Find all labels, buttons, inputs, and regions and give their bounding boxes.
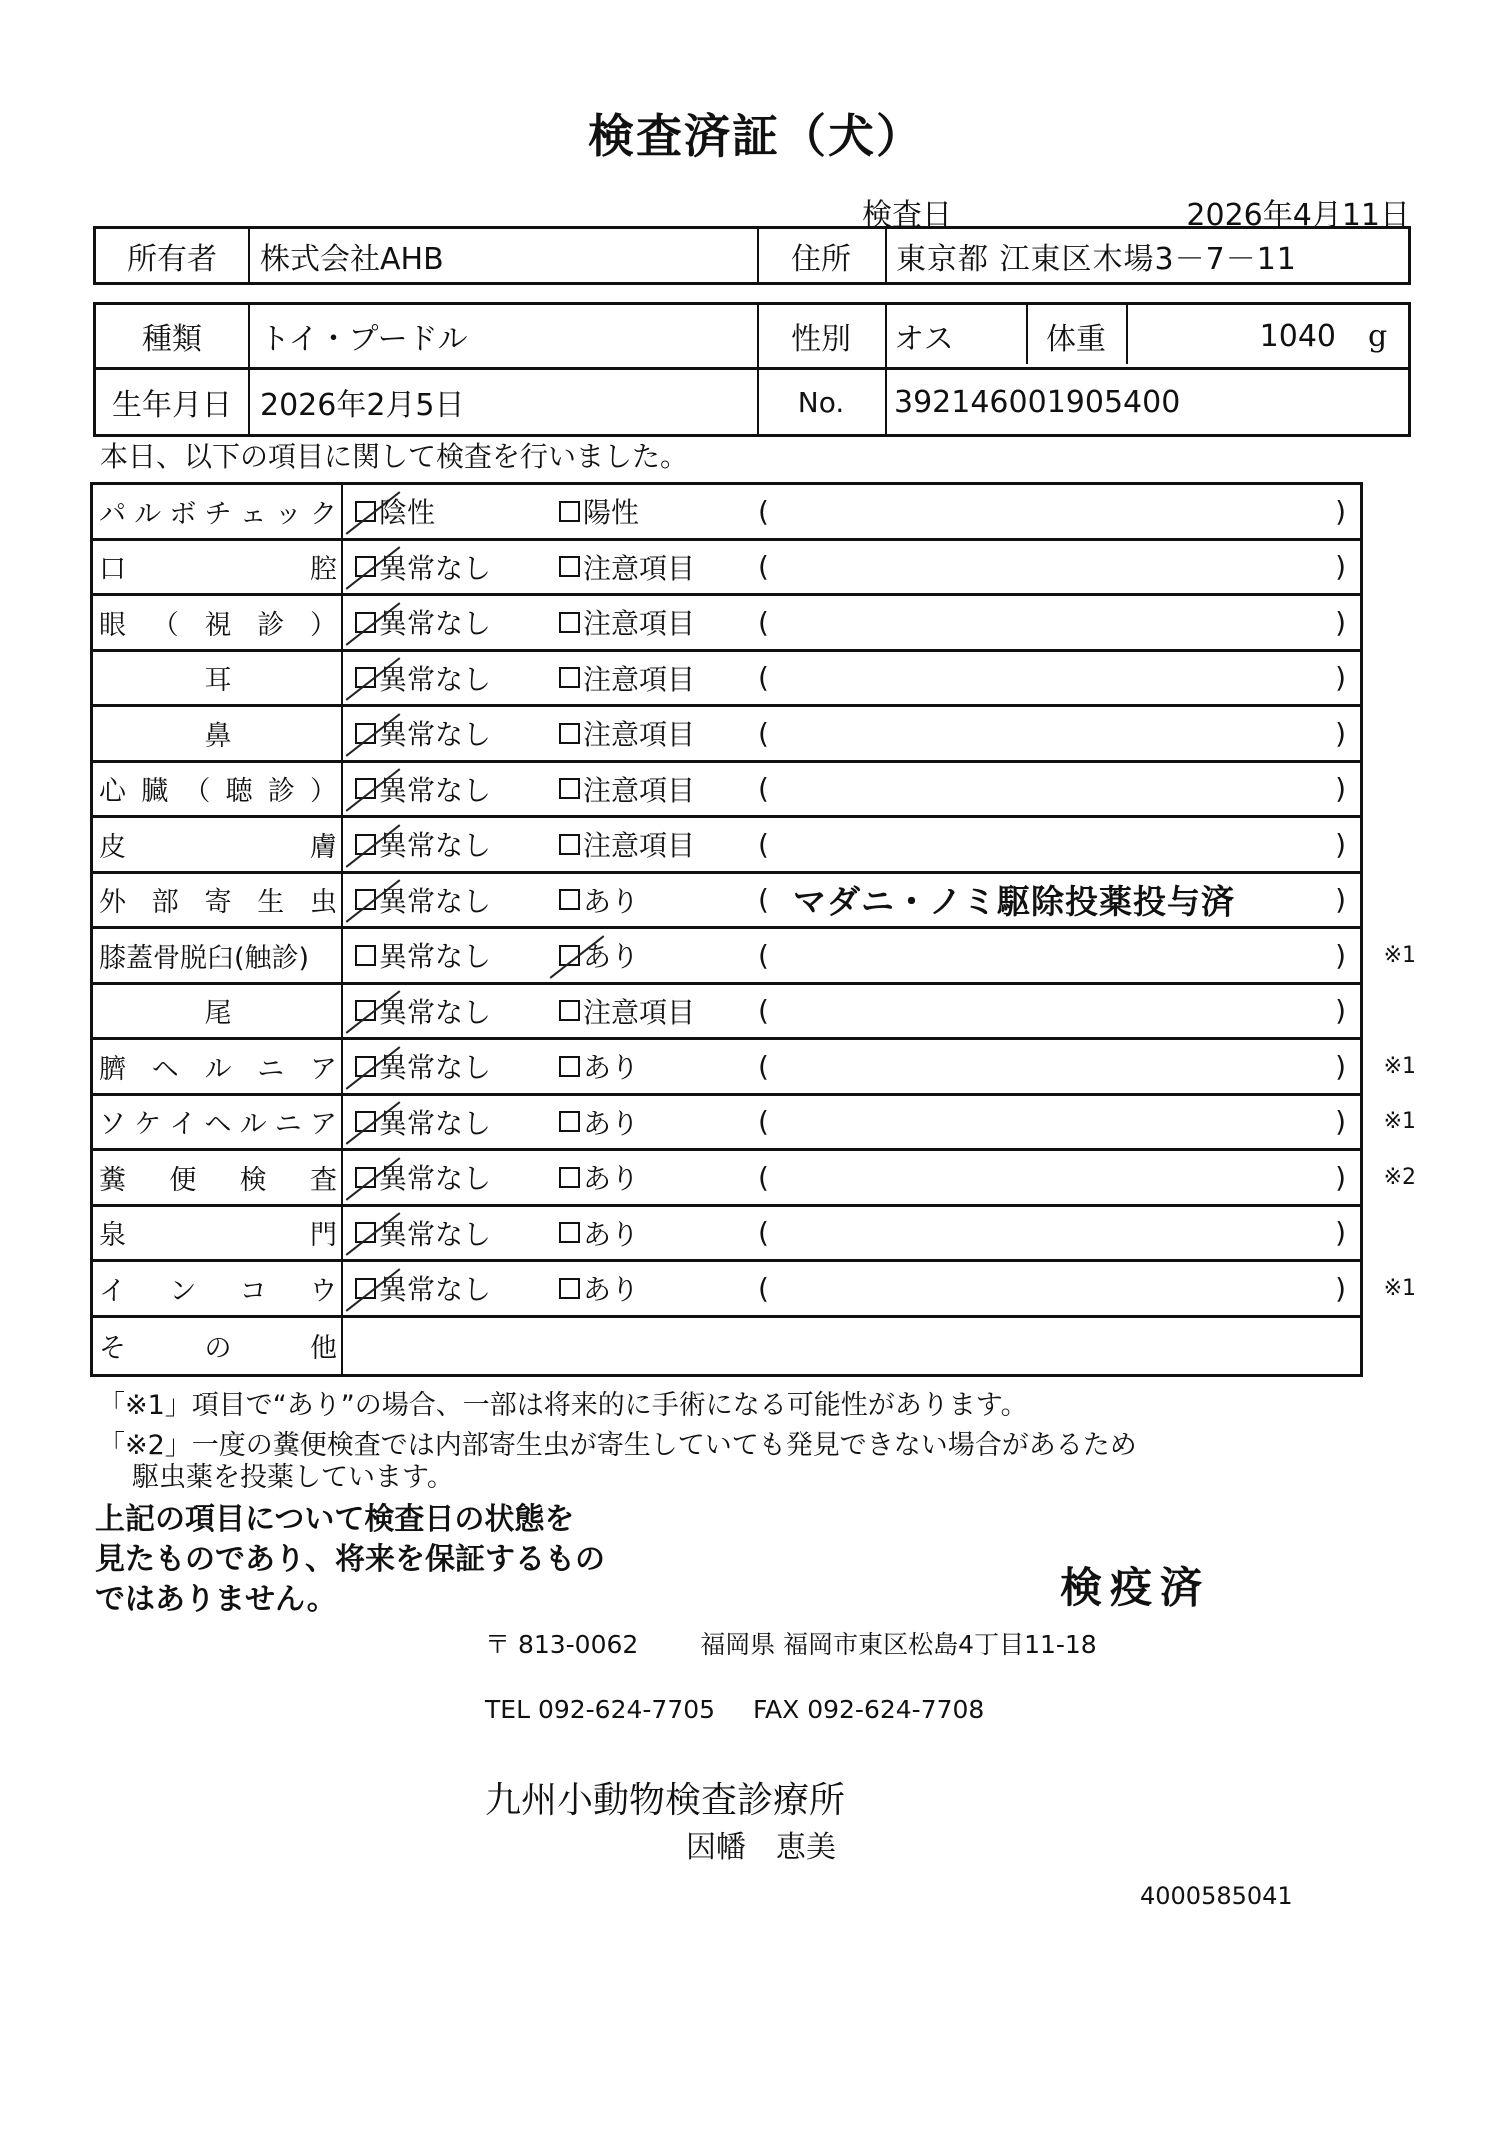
option-label: あり [583, 935, 639, 975]
label-char: 腔 [310, 547, 337, 586]
option-label: 異常なし [379, 1213, 491, 1253]
checkbox[interactable] [559, 612, 580, 633]
checklist-row: 耳異常なし注意項目() [93, 652, 1360, 708]
option-finding[interactable]: 注意項目 [559, 596, 695, 649]
animal-box: 種類 トイ・プードル 性別 オス 体重 1040 g 生年月日 2026年2月5… [93, 302, 1411, 437]
label-char: 聴 [226, 769, 253, 808]
owner-box: 所有者 株式会社AHB 住所 東京都 江東区木場3－7－11 [93, 226, 1411, 285]
checkbox[interactable] [355, 889, 376, 910]
remark-open-paren: ( [758, 1096, 769, 1149]
checklist-row: 外部寄生虫異常なしあり(マダニ・ノミ駆除投薬投与済) [93, 874, 1360, 930]
label-char: 心 [99, 769, 126, 808]
weight-value: 1040 [1126, 305, 1336, 367]
remark-open-paren: ( [758, 652, 769, 705]
option-label: 異常なし [379, 658, 491, 698]
option-label: あり [583, 1213, 639, 1253]
checklist-item-label: 心臓（聴診） [93, 763, 343, 816]
disclaimer-line: ではありません。 [95, 1580, 605, 1620]
option-label: あり [583, 1102, 639, 1142]
checklist-row: 膝蓋骨脱臼(触診)異常なしあり()※1 [93, 929, 1360, 985]
option-label: 注意項目 [583, 824, 695, 864]
label-char: 臍 [99, 1047, 126, 1086]
label-char: イ [169, 1102, 196, 1141]
remark-close-paren: ) [1335, 541, 1346, 594]
birth-label: 生年月日 [96, 370, 248, 434]
option-label: あり [583, 1046, 639, 1086]
checkbox[interactable] [355, 501, 376, 522]
remark-close-paren: ) [1335, 929, 1346, 982]
checklist-row: その他 [93, 1318, 1360, 1374]
footnote-mark: ※1 [1384, 929, 1416, 982]
label-char: 耳 [205, 658, 232, 697]
remark-close-paren: ) [1335, 485, 1346, 538]
footnote-mark: ※1 [1384, 1096, 1416, 1149]
checkbox[interactable] [355, 834, 376, 855]
checkbox[interactable] [355, 1222, 376, 1243]
label-char: 便 [169, 1158, 196, 1197]
option-label: 注意項目 [583, 991, 695, 1031]
remark-open-paren: ( [758, 763, 769, 816]
label-char: 皮 [99, 825, 126, 864]
owner-label: 所有者 [96, 229, 248, 282]
option-label: 異常なし [379, 713, 491, 753]
remark-open-paren: ( [758, 818, 769, 871]
option-finding[interactable]: あり [559, 1262, 639, 1315]
remark-open-paren: ( [758, 541, 769, 594]
remark-close-paren: ) [1335, 596, 1346, 649]
label-char: 診 [257, 603, 284, 642]
disclaimer: 上記の項目について検査日の状態を 見たものであり、将来を保証するもの ではありま… [95, 1500, 605, 1620]
option-label: 異常なし [379, 547, 491, 587]
label-char: 査 [310, 1158, 337, 1197]
option-label: 異常なし [379, 769, 491, 809]
checklist-item-label: その他 [93, 1318, 343, 1374]
checklist-row: ソケイヘルニア異常なしあり()※1 [93, 1096, 1360, 1152]
label-char: 門 [310, 1213, 337, 1252]
remark-open-paren: ( [758, 596, 769, 649]
option-finding[interactable]: あり [559, 1151, 639, 1204]
option-normal[interactable]: 異常なし [355, 652, 491, 705]
label-char: 虫 [310, 880, 337, 919]
option-label: 異常なし [379, 991, 491, 1031]
remark-close-paren: ) [1335, 874, 1346, 927]
label-char: 他 [310, 1326, 337, 1365]
clinic-address: 〒 813-0062 福岡県 福岡市東区松島4丁目11-18 [485, 1625, 1097, 1661]
option-label: 異常なし [379, 602, 491, 642]
checklist-row: インコウ異常なしあり()※1 [93, 1262, 1360, 1318]
option-normal[interactable]: 異常なし [355, 929, 491, 982]
clinic-name: 九州小動物検査診療所 [485, 1772, 845, 1823]
address-label: 住所 [757, 229, 885, 282]
label-char: ケ [134, 1102, 161, 1141]
checklist-item-label: 耳 [93, 652, 343, 705]
remark-close-paren: ) [1335, 652, 1346, 705]
checklist-row: 糞便検査異常なしあり()※2 [93, 1151, 1360, 1207]
checklist-row: 鼻異常なし注意項目() [93, 707, 1360, 763]
option-label: 注意項目 [583, 602, 695, 642]
disclaimer-line: 見たものであり、将来を保証するもの [95, 1540, 605, 1580]
checklist-table: パルボチェック陰性陽性()口腔異常なし注意項目()眼（視診）異常なし注意項目()… [90, 482, 1363, 1377]
option-finding[interactable]: あり [559, 1096, 639, 1149]
label-char: ル [240, 1102, 267, 1141]
checkbox[interactable] [355, 1111, 376, 1132]
label-char: ソ [99, 1102, 126, 1141]
option-label: 異常なし [379, 880, 491, 920]
checkbox[interactable] [355, 778, 376, 799]
label-char: ） [310, 769, 337, 808]
birth-value: 2026年2月5日 [260, 370, 465, 434]
breed-value: トイ・プードル [260, 305, 468, 367]
option-finding[interactable]: あり [559, 1040, 639, 1093]
checklist-item-label: 外部寄生虫 [93, 874, 343, 927]
label-char: 眼 [99, 603, 126, 642]
label-char: ッ [275, 492, 302, 531]
footnote-1: 「※1」項目で“あり”の場合、一部は将来的に手術になる可能性があります。 [98, 1383, 1028, 1422]
no-label: No. [757, 370, 885, 434]
option-finding[interactable]: 注意項目 [559, 541, 695, 594]
option-normal[interactable]: 異常なし [355, 818, 491, 871]
remark-open-paren: ( [758, 485, 769, 538]
checkbox[interactable] [355, 945, 376, 966]
option-label: 注意項目 [583, 713, 695, 753]
label-char: ニ [257, 1047, 284, 1086]
checkbox[interactable] [559, 1167, 580, 1188]
remark-open-paren: ( [758, 1207, 769, 1260]
checklist-row: 臍ヘルニア異常なしあり()※1 [93, 1040, 1360, 1096]
remark-close-paren: ) [1335, 818, 1346, 871]
footnote-mark: ※1 [1384, 1262, 1416, 1315]
option-label: 異常なし [379, 824, 491, 864]
label-char: 外 [99, 880, 126, 919]
quarantine-stamp: 検疫済 [1060, 1555, 1210, 1615]
label-char: コ [240, 1269, 267, 1308]
remark-close-paren: ) [1335, 1207, 1346, 1260]
remark-open-paren: ( [758, 874, 769, 927]
remark-open-paren: ( [758, 1262, 769, 1315]
option-label: 注意項目 [583, 769, 695, 809]
weight-unit: g [1368, 305, 1387, 367]
checkbox[interactable] [559, 1111, 580, 1132]
checklist-row: パルボチェック陰性陽性() [93, 485, 1360, 541]
label-char: ン [169, 1269, 196, 1308]
checkbox[interactable] [559, 1278, 580, 1299]
postal-code: 〒 813-0062 [485, 1630, 638, 1659]
option-label: 異常なし [379, 1157, 491, 1197]
label-char: （ [183, 769, 210, 808]
option-finding[interactable]: 注意項目 [559, 985, 695, 1038]
remark-open-paren: ( [758, 707, 769, 760]
document-title: 検査済証（犬） [0, 100, 1512, 166]
option-normal[interactable]: 異常なし [355, 1151, 491, 1204]
tel-number: TEL 092-624-7705 [485, 1695, 715, 1724]
checkbox[interactable] [559, 889, 580, 910]
label-char: ル [205, 1047, 232, 1086]
label-char: ア [310, 1102, 337, 1141]
option-label: 異常なし [379, 1102, 491, 1142]
option-label: 陰性 [379, 491, 435, 531]
option-finding[interactable]: あり [559, 874, 639, 927]
label-char: ） [310, 603, 337, 642]
remark-open-paren: ( [758, 1151, 769, 1204]
label-char: ェ [240, 492, 267, 531]
option-label: あり [583, 1268, 639, 1308]
label-char: そ [99, 1326, 126, 1365]
label-char: 部 [152, 880, 179, 919]
checklist-row: 泉門異常なしあり() [93, 1207, 1360, 1263]
label-char: ア [310, 1047, 337, 1086]
option-normal[interactable]: 異常なし [355, 1207, 491, 1260]
option-normal[interactable]: 異常なし [355, 596, 491, 649]
option-normal[interactable]: 陰性 [355, 485, 435, 538]
checklist-item-label: 膝蓋骨脱臼(触診) [93, 929, 343, 982]
checkbox[interactable] [355, 667, 376, 688]
label-char: イ [99, 1269, 126, 1308]
label-char: ク [310, 492, 337, 531]
breed-label: 種類 [96, 305, 248, 367]
label-char: パ [99, 492, 126, 531]
remark-field[interactable]: マダニ・ノミ駆除投薬投与済 [793, 874, 1235, 927]
checkbox[interactable] [559, 556, 580, 577]
remark-close-paren: ) [1335, 985, 1346, 1038]
option-label: 陽性 [583, 491, 639, 531]
fax-number: FAX 092-624-7708 [753, 1695, 984, 1724]
option-finding[interactable]: あり [559, 929, 639, 982]
vet-name: 因幡 恵美 [686, 1822, 836, 1866]
checkbox[interactable] [355, 556, 376, 577]
address-value: 東京都 江東区木場3－7－11 [896, 229, 1297, 282]
label-char: （ [152, 603, 179, 642]
checklist-row: 眼（視診）異常なし注意項目() [93, 596, 1360, 652]
checkbox[interactable] [559, 1222, 580, 1243]
label-char: ニ [275, 1102, 302, 1141]
remark-close-paren: ) [1335, 763, 1346, 816]
option-finding[interactable]: 注意項目 [559, 652, 695, 705]
sex-value: オス [894, 305, 954, 367]
option-finding[interactable]: 注意項目 [559, 763, 695, 816]
label-char: 生 [257, 880, 284, 919]
checkbox[interactable] [559, 834, 580, 855]
remark-close-paren: ) [1335, 1040, 1346, 1093]
serial-number: 4000585041 [1140, 1882, 1293, 1910]
checkbox[interactable] [559, 945, 580, 966]
no-value: 392146001905400 [894, 370, 1180, 434]
footnote-2-cont: 駆虫薬を投薬しています。 [132, 1455, 454, 1494]
checkbox[interactable] [355, 723, 376, 744]
remark-close-paren: ) [1335, 1096, 1346, 1149]
checklist-item-label: ソケイヘルニア [93, 1096, 343, 1149]
option-finding[interactable]: 注意項目 [559, 818, 695, 871]
sex-label: 性別 [757, 305, 885, 367]
disclaimer-line: 上記の項目について検査日の状態を [95, 1500, 605, 1540]
checkbox[interactable] [355, 612, 376, 633]
remark-open-paren: ( [758, 985, 769, 1038]
option-normal[interactable]: 異常なし [355, 985, 491, 1038]
checkbox[interactable] [559, 778, 580, 799]
checklist-row: 皮膚異常なし注意項目() [93, 818, 1360, 874]
option-normal[interactable]: 異常なし [355, 1096, 491, 1149]
option-label: あり [583, 1157, 639, 1197]
option-normal[interactable]: 異常なし [355, 707, 491, 760]
option-normal[interactable]: 異常なし [355, 874, 491, 927]
street-address: 福岡県 福岡市東区松島4丁目11-18 [700, 1630, 1097, 1659]
label-char: ヘ [204, 1102, 231, 1141]
checklist-item-label: インコウ [93, 1262, 343, 1315]
option-label: 異常なし [379, 1046, 491, 1086]
checklist-item-label: 鼻 [93, 707, 343, 760]
checkbox[interactable] [355, 1000, 376, 1021]
option-label: 異常なし [379, 1268, 491, 1308]
option-finding[interactable]: 陽性 [559, 485, 639, 538]
footnote-mark: ※1 [1384, 1040, 1416, 1093]
checklist-item-label: 尾 [93, 985, 343, 1038]
checklist-row: 尾異常なし注意項目() [93, 985, 1360, 1041]
option-normal[interactable]: 異常なし [355, 541, 491, 594]
remark-open-paren: ( [758, 1040, 769, 1093]
intro-text: 本日、以下の項目に関して検査を行いました。 [100, 435, 688, 475]
checklist-row: 口腔異常なし注意項目() [93, 541, 1360, 597]
checklist-item-label: 眼（視診） [93, 596, 343, 649]
checklist-row: 心臓（聴診）異常なし注意項目() [93, 763, 1360, 819]
option-finding[interactable]: あり [559, 1207, 639, 1260]
option-label: あり [583, 880, 639, 920]
checklist-item-label: 口腔 [93, 541, 343, 594]
label-char: 鼻 [205, 714, 232, 753]
option-normal[interactable]: 異常なし [355, 763, 491, 816]
label-char: 寄 [205, 880, 232, 919]
checklist-item-label: 泉門 [93, 1207, 343, 1260]
option-label: 注意項目 [583, 547, 695, 587]
checkbox[interactable] [355, 1278, 376, 1299]
label-char: 膚 [310, 825, 337, 864]
checklist-item-label: 臍ヘルニア [93, 1040, 343, 1093]
checklist-item-label: 糞便検査 [93, 1151, 343, 1204]
option-label: 異常なし [379, 935, 491, 975]
option-normal[interactable]: 異常なし [355, 1262, 491, 1315]
label-char: 視 [205, 603, 232, 642]
checkbox[interactable] [559, 1000, 580, 1021]
checklist-item-label: 皮膚 [93, 818, 343, 871]
option-finding[interactable]: 注意項目 [559, 707, 695, 760]
checkbox[interactable] [355, 1167, 376, 1188]
checkbox[interactable] [559, 667, 580, 688]
clinic-contact: TEL 092-624-7705 FAX 092-624-7708 [485, 1695, 984, 1724]
label-char: 口 [99, 547, 126, 586]
label-char: 膝蓋骨脱臼(触診) [99, 936, 309, 975]
weight-label: 体重 [1026, 305, 1126, 367]
label-char: 臓 [141, 769, 168, 808]
checkbox[interactable] [559, 1056, 580, 1077]
remark-close-paren: ) [1335, 1151, 1346, 1204]
label-char: 泉 [99, 1213, 126, 1252]
option-label: 注意項目 [583, 658, 695, 698]
option-normal[interactable]: 異常なし [355, 1040, 491, 1093]
footnote-mark: ※2 [1384, 1151, 1416, 1204]
label-char: ボ [169, 492, 196, 531]
label-char: ヘ [152, 1047, 179, 1086]
label-char: ル [134, 492, 161, 531]
checkbox[interactable] [355, 1056, 376, 1077]
label-char: 検 [240, 1158, 267, 1197]
checkbox[interactable] [559, 723, 580, 744]
label-char: 糞 [99, 1158, 126, 1197]
label-char: ウ [310, 1269, 337, 1308]
label-char: チ [204, 492, 231, 531]
checkbox[interactable] [559, 501, 580, 522]
remark-open-paren: ( [758, 929, 769, 982]
label-char: の [205, 1326, 232, 1365]
checklist-item-label: パルボチェック [93, 485, 343, 538]
owner-value: 株式会社AHB [260, 229, 444, 282]
label-char: 尾 [205, 991, 232, 1030]
label-char: 診 [268, 769, 295, 808]
remark-close-paren: ) [1335, 1262, 1346, 1315]
remark-close-paren: ) [1335, 707, 1346, 760]
